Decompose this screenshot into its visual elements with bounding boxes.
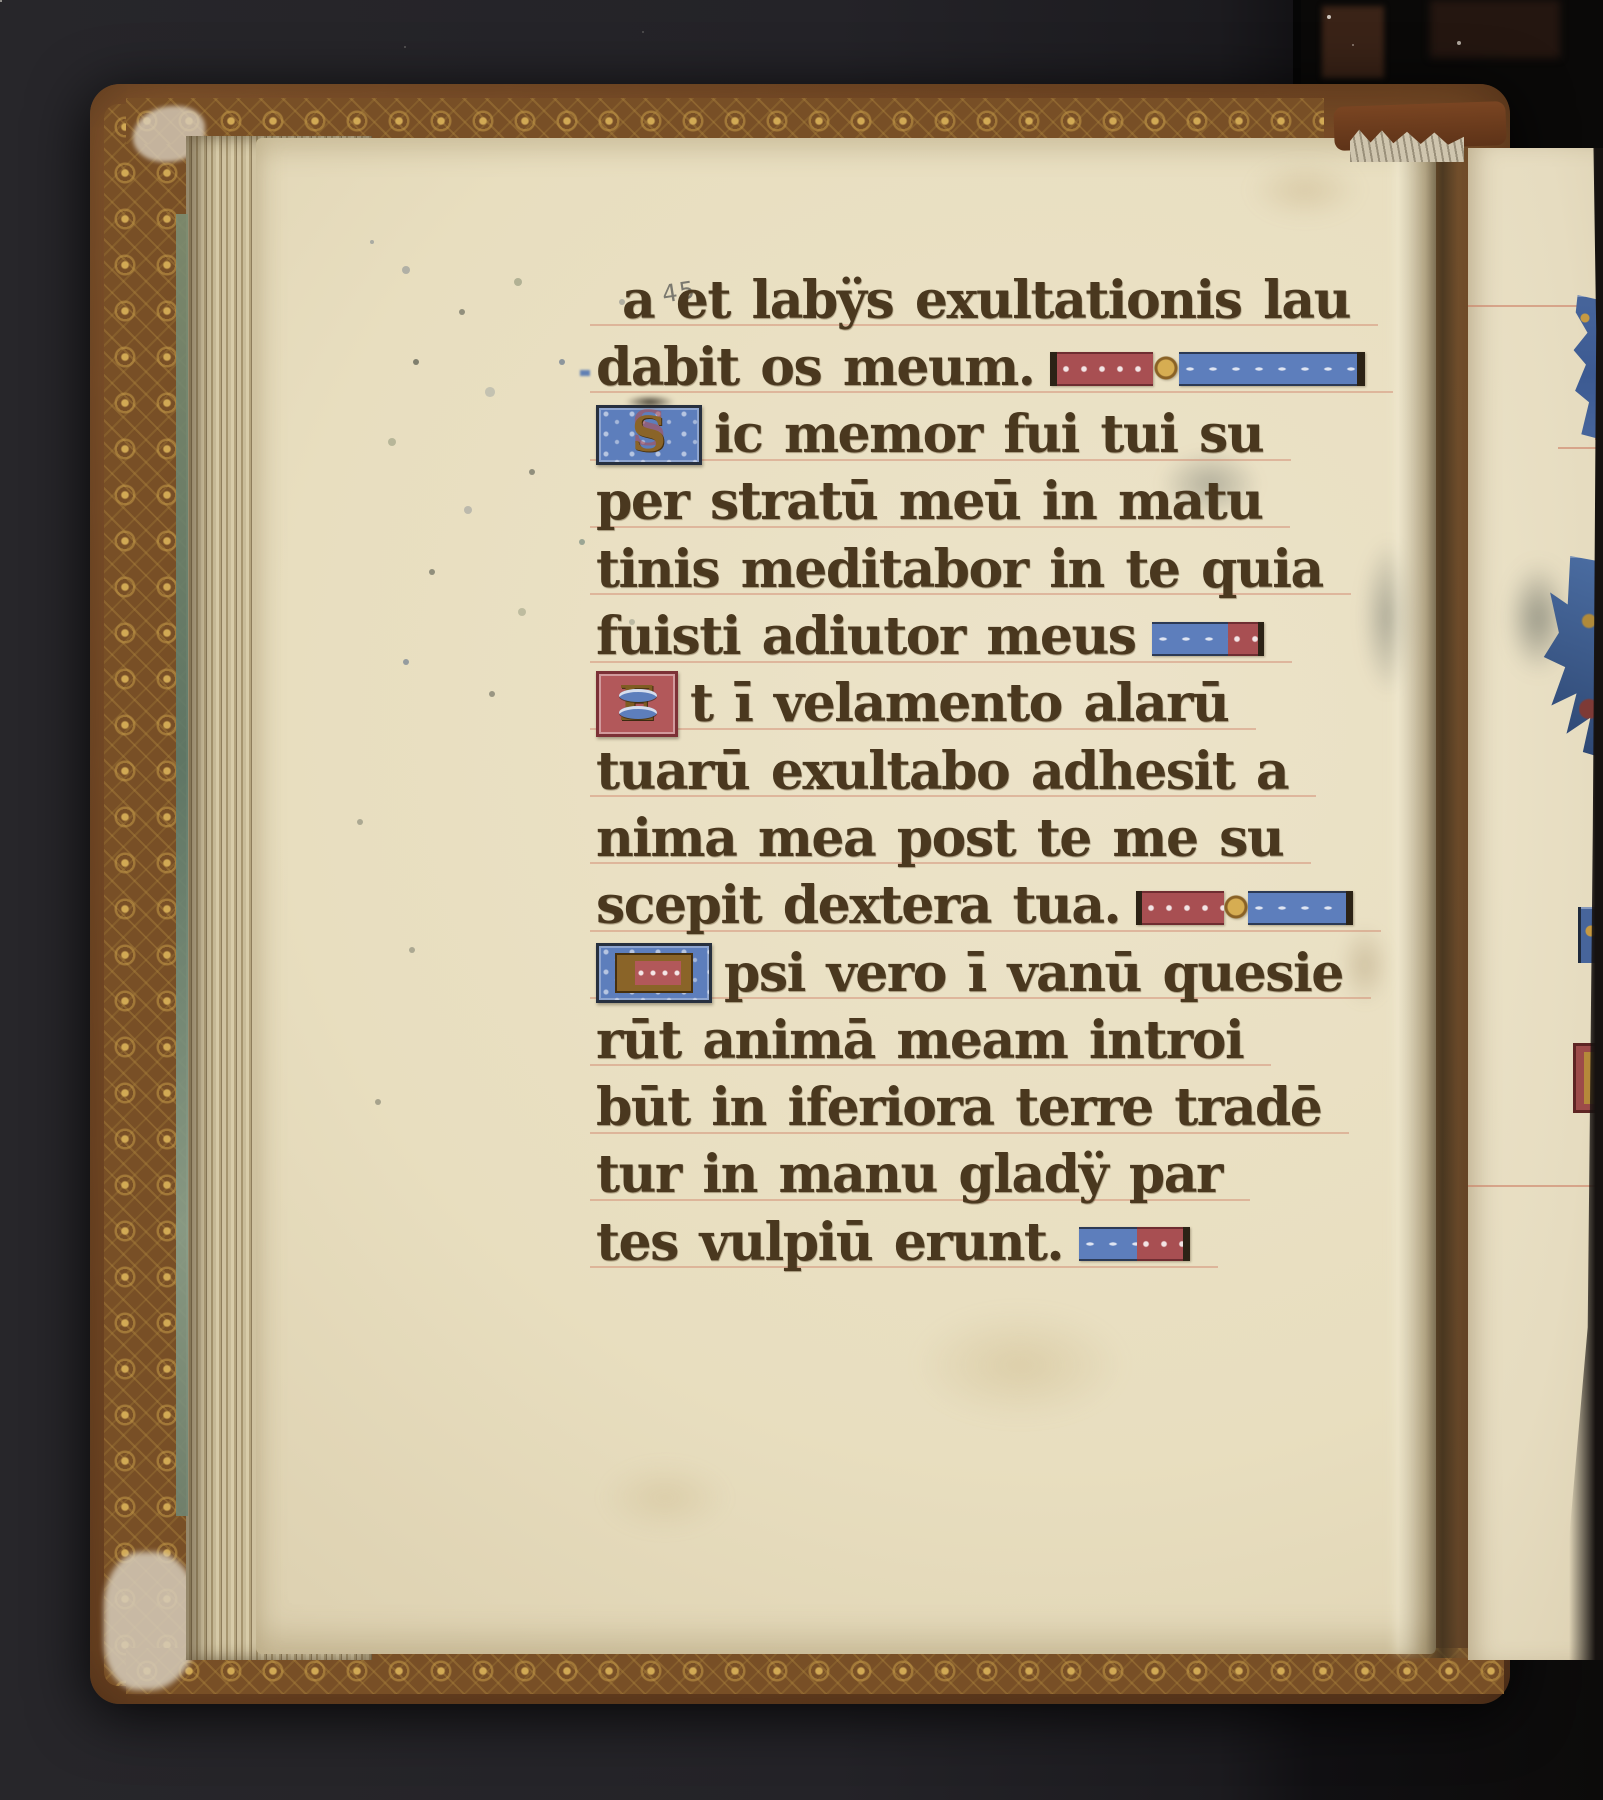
manuscript-line: nima mea post te me su bbox=[596, 804, 1283, 872]
filler-segment-dark bbox=[1346, 891, 1353, 925]
tan-stain bbox=[580, 1450, 750, 1545]
initial-letter: E bbox=[619, 680, 656, 728]
manuscript-line: rūt animā meam introi bbox=[596, 1006, 1243, 1074]
initial-letter: S bbox=[632, 411, 667, 459]
filler-segment-red bbox=[1142, 891, 1224, 925]
right-page-sliver bbox=[1468, 148, 1603, 1660]
text-block: a et labÿs exultationis laudabit os meum… bbox=[596, 266, 1388, 1282]
illuminated-initial-I: I bbox=[596, 943, 712, 1003]
filler-segment-blue bbox=[1152, 622, 1228, 656]
line-text: t ī velamento alarū bbox=[690, 673, 1228, 734]
filler-segment-blue bbox=[1179, 352, 1357, 386]
line-filler-blue-red-short bbox=[1152, 622, 1264, 656]
manuscript-line: Et ī velamento alarū bbox=[596, 670, 1228, 738]
manuscript-line: Ipsi vero ī vanū quesie bbox=[596, 939, 1343, 1007]
filler-segment-red bbox=[1137, 1227, 1183, 1261]
line-text: tur in manu gladÿ par bbox=[596, 1144, 1222, 1205]
background-brown-patch bbox=[1322, 6, 1384, 78]
manuscript-line: tur in manu gladÿ par bbox=[596, 1141, 1222, 1209]
filler-segment-gold bbox=[1153, 356, 1179, 382]
filler-segment-dark bbox=[1050, 352, 1057, 386]
manuscript-line: dabit os meum. bbox=[596, 333, 1365, 401]
line-filler-red-blue-long bbox=[1050, 352, 1365, 386]
line-text: tes vulpiū erunt. bbox=[596, 1212, 1063, 1273]
line-text: scepit dextera tua. bbox=[596, 875, 1120, 936]
line-text: būt in iferiora terre tradē bbox=[596, 1077, 1321, 1138]
line-text: psi vero ī vanū quesie bbox=[724, 943, 1343, 1004]
page-edge-color-flecks bbox=[0, 0, 3, 8]
filler-segment-dark bbox=[1258, 622, 1264, 656]
tan-stain bbox=[1230, 150, 1380, 230]
manuscript-line: būt in iferiora terre tradē bbox=[596, 1074, 1321, 1142]
line-text: per stratū meū in matu bbox=[596, 471, 1262, 532]
filler-segment-dark bbox=[1357, 352, 1365, 386]
manuscript-line: scepit dextera tua. bbox=[596, 872, 1353, 940]
filler-segment-blue bbox=[1079, 1227, 1137, 1261]
background-brown-patch bbox=[1430, 0, 1560, 58]
line-text: a et labÿs exultationis lau bbox=[622, 270, 1350, 331]
line-text: tinis meditabor in te quia bbox=[596, 539, 1323, 600]
filler-segment-dark bbox=[1183, 1227, 1190, 1261]
manuscript-line: tinis meditabor in te quia bbox=[596, 535, 1323, 603]
manuscript-line: fuisti adiutor meus bbox=[596, 603, 1264, 671]
filler-segment-gold bbox=[1224, 895, 1248, 921]
line-text: ic memor fui tui su bbox=[714, 404, 1263, 465]
line-text: rūt animā meam introi bbox=[596, 1010, 1243, 1071]
foxing-speckles bbox=[370, 240, 374, 244]
illuminated-initial-S: S bbox=[596, 405, 702, 465]
manuscript-line: tes vulpiū erunt. bbox=[596, 1208, 1190, 1276]
manuscript-line: a et labÿs exultationis lau bbox=[596, 266, 1350, 334]
line-text: fuisti adiutor meus bbox=[596, 606, 1136, 667]
line-text: dabit os meum. bbox=[596, 337, 1034, 398]
manuscript-line: per stratū meū in matu bbox=[596, 468, 1262, 536]
line-text: nima mea post te me su bbox=[596, 808, 1283, 869]
endpaper-edge bbox=[176, 214, 188, 1516]
filler-segment-red bbox=[1057, 352, 1153, 386]
manuscript-line: Sic memor fui tui su bbox=[596, 401, 1263, 469]
illuminated-initial-E: E bbox=[596, 671, 678, 737]
manuscript-photograph: 45 a et labÿs exultationis laudabit os m… bbox=[0, 0, 1603, 1800]
line-text: tuarū exultabo adhesit a bbox=[596, 741, 1288, 802]
manuscript-line: tuarū exultabo adhesit a bbox=[596, 737, 1288, 805]
tan-stain bbox=[880, 1290, 1160, 1440]
filler-segment-red bbox=[1228, 622, 1258, 656]
filler-segment-blue bbox=[1248, 891, 1346, 925]
line-filler-red-blue-medium bbox=[1136, 891, 1353, 925]
line-filler-blue-red-short2 bbox=[1079, 1227, 1190, 1261]
ruling-line bbox=[1468, 1185, 1598, 1187]
blue-ink-speck bbox=[580, 370, 590, 376]
